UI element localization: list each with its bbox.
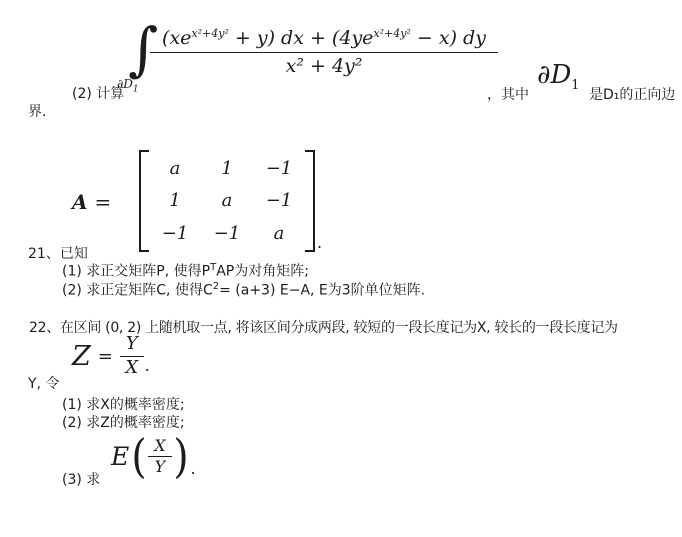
q20-numerator: (xex²+4y² + y) dx + (4yex²+4y² − x) dy	[150, 27, 498, 53]
fraction-denominator: Y	[155, 457, 166, 476]
exponent: x²+4y²	[191, 27, 228, 40]
q22-wrapped-text: Y, 令	[28, 376, 59, 394]
q22-item-2: (2) 求Z的概率密度;	[62, 415, 185, 433]
integral-lower-bound: ∂D1	[117, 77, 139, 94]
q21-item-2: (2) 求正定矩阵C, 使得C2= (a+3) E−A, E为3阶单位矩阵.	[62, 281, 425, 300]
matrix-period: .	[317, 233, 322, 252]
boundary-subscript: 1	[133, 84, 139, 94]
numerator-part: − x) dy	[411, 27, 486, 49]
equals-sign: =	[95, 190, 112, 214]
matrix-cell: a	[201, 190, 253, 211]
q20-denominator: x² + 4y²	[150, 53, 498, 77]
x-over-y-fraction: X Y	[148, 437, 171, 477]
matrix-equation-label: A=	[72, 190, 111, 214]
matrix-cell: 1	[201, 158, 253, 179]
period: .	[145, 356, 150, 375]
matrix-cell: −1	[253, 158, 305, 179]
q20-wrapped-text: 界.	[28, 104, 46, 122]
matrix-cell: a	[149, 158, 201, 179]
right-parenthesis: )	[173, 437, 188, 476]
q21-item-1: (1) 求正交矩阵P, 使得PTAP为对角矩阵;	[62, 262, 309, 281]
matrix-cell: −1	[201, 223, 253, 244]
expectation-symbol: E	[111, 444, 129, 469]
q22-z-equation: Z = Y X .	[72, 334, 150, 378]
matrix-cell: a	[253, 223, 305, 244]
fraction-numerator: Y	[120, 334, 144, 357]
matrix-cell: −1	[253, 190, 305, 211]
q21-item-1-text: AP为对角矩阵;	[216, 264, 309, 280]
matrix-right-bracket	[305, 150, 315, 252]
fraction-denominator: X	[125, 357, 138, 379]
q21-item-2-text: = (a+3) E−A, E为3阶单位矩阵.	[219, 283, 425, 299]
z-symbol: Z	[72, 343, 91, 370]
period: .	[191, 459, 196, 478]
numerator-part: + y) dx + (4ye	[229, 27, 374, 49]
y-over-x-fraction: Y X	[120, 334, 144, 378]
fraction-numerator: X	[148, 437, 171, 457]
q21-item-1-text: (1) 求正交矩阵P, 使得P	[62, 264, 210, 280]
equals-sign: =	[98, 346, 113, 367]
matrix-cells: a 1 −1 1 a −1 −1 −1 a	[149, 150, 305, 252]
matrix-left-bracket	[139, 150, 149, 252]
matrix-cell: −1	[149, 223, 201, 244]
exam-page: { "q20": { "label": "(2) 计算", "integral_…	[0, 0, 682, 537]
q21-stem: 21、已知	[28, 246, 88, 264]
partial-d: ∂D	[537, 60, 571, 90]
q20-boundary-description: 是D₁的正向边	[589, 87, 675, 105]
partial-d-subscript: 1	[571, 78, 579, 93]
exponent: x²+4y²	[373, 27, 410, 40]
matrix-cell: 1	[149, 190, 201, 211]
q22-item-3: (3) 求	[62, 472, 100, 490]
q21-item-2-text: (2) 求正定矩阵C, 使得C	[62, 283, 213, 299]
matrix-symbol-A: A	[72, 190, 88, 214]
q22-expectation-expression: E ( X Y ) .	[111, 437, 196, 477]
boundary-partial-d: ∂D	[117, 77, 133, 91]
left-parenthesis: (	[132, 437, 147, 476]
matrix-A: a 1 −1 1 a −1 −1 −1 a .	[139, 150, 322, 252]
q20-boundary-symbol-large: ∂D1	[537, 62, 580, 92]
numerator-part: (xe	[162, 27, 191, 49]
q20-fraction: (xex²+4y² + y) dx + (4yex²+4y² − x) dy x…	[150, 27, 498, 77]
q22-item-1: (1) 求X的概率密度;	[62, 397, 185, 415]
q20-comma-qizhong: ，其中	[487, 87, 529, 105]
